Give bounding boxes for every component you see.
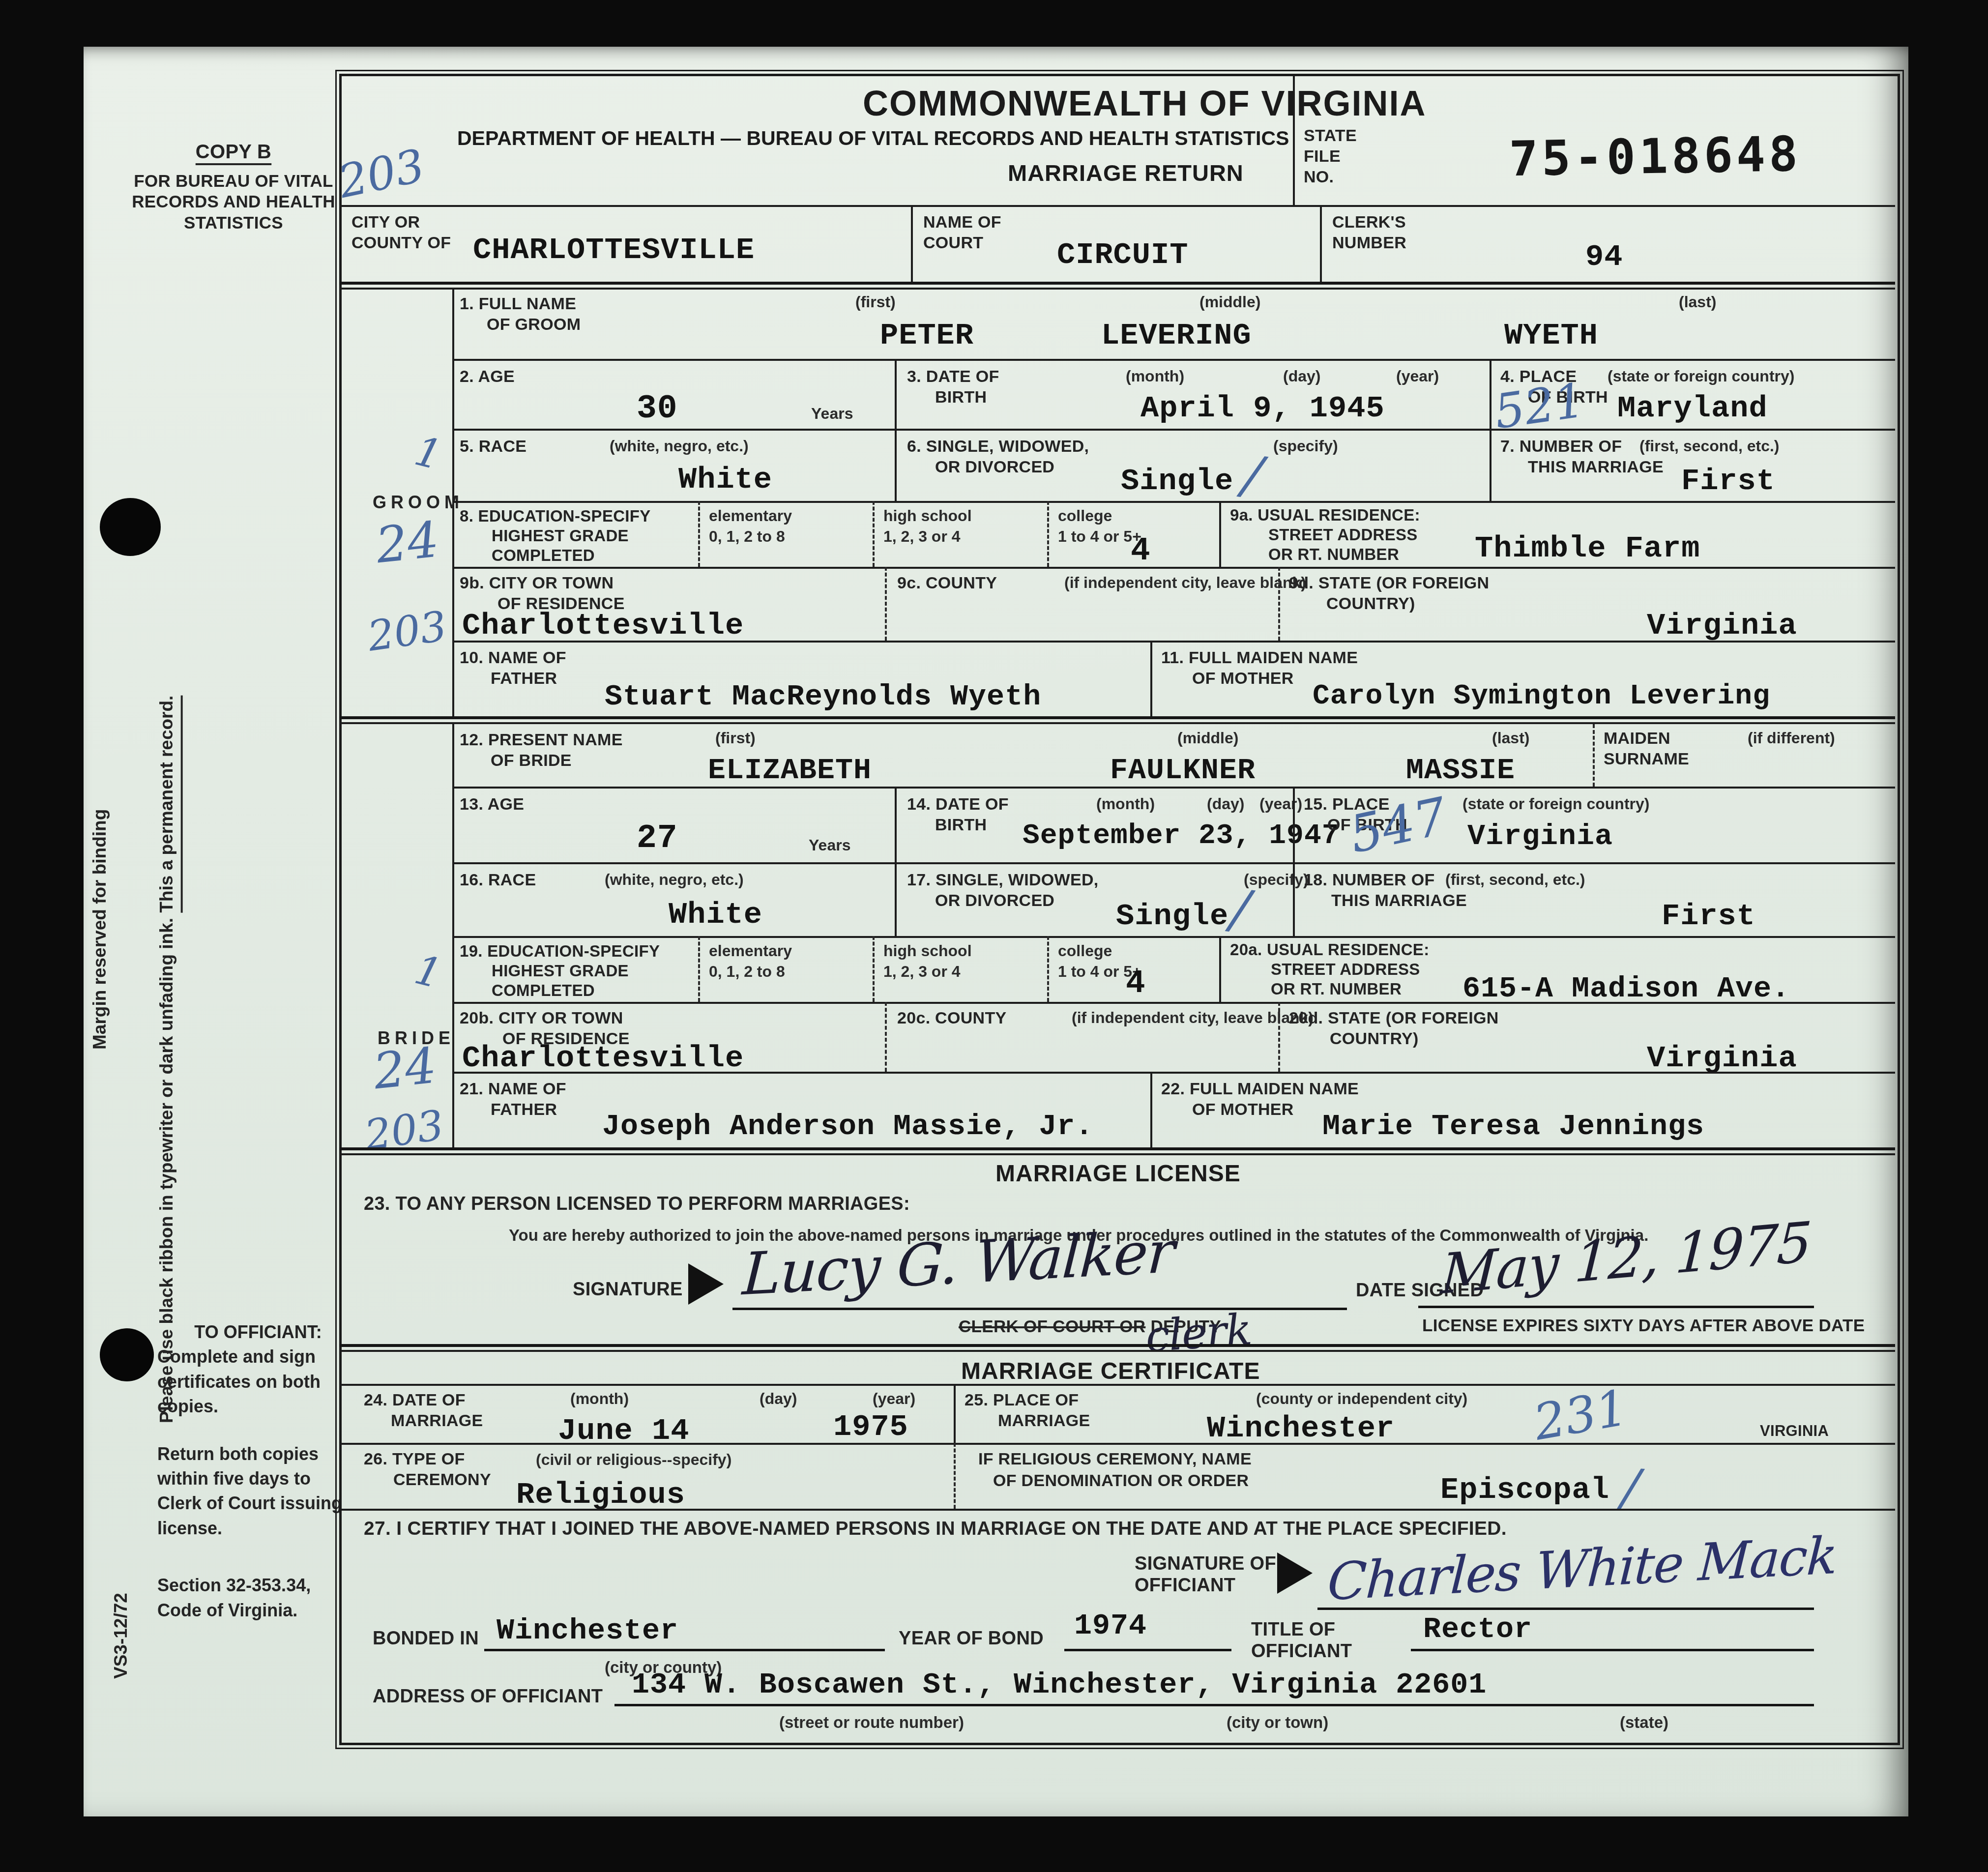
marriage-year-value: 1975 [833, 1412, 908, 1442]
groom-education-label: 8. EDUCATION-SPECIFY [460, 506, 651, 526]
grid-line [339, 1344, 1895, 1347]
grid-line [339, 1153, 1895, 1155]
middle-hint: (middle) [1199, 292, 1260, 311]
bride-rescounty-label: 20c. COUNTY [897, 1008, 1006, 1028]
education-col-highschool: 1, 2, 3 or 4 [883, 962, 961, 981]
bride-age-value: 27 [637, 822, 678, 855]
grid-line [1047, 501, 1049, 567]
bride-pob-value: Virginia [1467, 822, 1613, 851]
groom-father-label: FATHER [491, 669, 557, 689]
years-label: Years [811, 404, 853, 423]
license-item23: 23. TO ANY PERSON LICENSED TO PERFORM MA… [364, 1193, 910, 1215]
grid-line [452, 1072, 1895, 1074]
officiant-signature-label: SIGNATURE OF [1135, 1552, 1276, 1575]
city-county-label: CITY OR [351, 212, 420, 233]
marriageno-hint: (first, second, etc.) [1445, 870, 1585, 889]
groom-mother-label: OF MOTHER [1192, 669, 1294, 689]
court-value: CIRCUIT [1057, 240, 1188, 270]
education-col-college: college [1058, 506, 1112, 525]
title-of-officiant-label: OFFICIANT [1251, 1640, 1352, 1663]
groom-resstate-label: 9d. STATE (OR FOREIGN [1289, 573, 1489, 593]
ceremony-type-label: 26. TYPE OF [364, 1449, 465, 1469]
bride-residence-value: 615-A Madison Ave. [1462, 974, 1790, 1004]
marriage-place-label: 25. PLACE OF [965, 1390, 1079, 1410]
margin-binding-note: Margin reserved for binding [89, 705, 110, 1050]
bride-marriageno-label: 18. NUMBER OF [1304, 870, 1435, 890]
grid-line [954, 1443, 956, 1509]
officiant-note-p2: Return both copies within five days to C… [157, 1442, 359, 1541]
grid-line [339, 1350, 1895, 1352]
groom-middle-name: LEVERING [1101, 321, 1252, 351]
maiden-surname-label: MAIDEN [1604, 729, 1670, 749]
handwritten-mark-groom-24: 24 [373, 511, 441, 575]
officiant-arrow-icon [1277, 1552, 1313, 1594]
month-hint: (month) [570, 1389, 629, 1408]
bride-last-name: MASSIE [1406, 756, 1515, 786]
groom-resstate-label: COUNTRY) [1326, 594, 1415, 614]
education-col-elementary: elementary [709, 506, 792, 525]
last-hint: (last) [1492, 729, 1529, 747]
license-expires-note: LICENSE EXPIRES SIXTY DAYS AFTER ABOVE D… [1422, 1316, 1865, 1337]
address-hint-street: (street or route number) [779, 1713, 964, 1732]
bride-education-label: HIGHEST GRADE [492, 961, 629, 981]
grid-line [452, 862, 1895, 864]
certify-statement: 27. I CERTIFY THAT I JOINED THE ABOVE-NA… [364, 1517, 1507, 1541]
clerk-number-label: NUMBER [1332, 233, 1406, 253]
court-label: COURT [923, 233, 983, 253]
bride-education-label: COMPLETED [492, 981, 595, 1000]
grid-line [873, 936, 875, 1002]
state-file-label: STATE [1304, 126, 1357, 146]
education-col-elementary: 0, 1, 2 to 8 [709, 962, 785, 981]
grid-line [339, 1384, 1895, 1386]
groom-rescity-label: 9b. CITY OR TOWN [460, 573, 614, 593]
bride-residence-label: STREET ADDRESS [1271, 960, 1420, 979]
education-col-highschool: high school [883, 506, 972, 525]
bride-middle-name: FAULKNER [1110, 756, 1256, 786]
year-of-bond-value: 1974 [1074, 1611, 1147, 1641]
address-of-officiant-label: ADDRESS OF OFFICIANT [373, 1685, 603, 1708]
groom-name-label: 1. FULL NAME [460, 294, 576, 314]
marriage-date-label: 24. DATE OF [364, 1390, 466, 1410]
groom-first-name: PETER [880, 321, 974, 351]
clerk-number-label: CLERK'S [1332, 212, 1406, 233]
grid-line [339, 205, 1895, 207]
bonded-in-label: BONDED IN [373, 1627, 479, 1650]
race-hint: (white, negro, etc.) [605, 870, 744, 889]
month-hint: (month) [1126, 367, 1184, 385]
groom-race-label: 5. RACE [460, 437, 526, 457]
day-hint: (day) [760, 1389, 797, 1408]
groom-resstate-value: Virginia [1647, 611, 1797, 641]
bride-dob-label: BIRTH [935, 815, 987, 835]
grid-line [1047, 936, 1049, 1002]
signature-line [732, 1308, 1347, 1310]
groom-marriageno-value: First [1681, 466, 1775, 497]
grid-line [452, 429, 1895, 431]
bride-marriageno-value: First [1662, 901, 1755, 932]
bride-education-label: 19. EDUCATION-SPECIFY [460, 941, 660, 961]
bride-name-label: 12. PRESENT NAME [460, 730, 623, 750]
groom-rescounty-label: 9c. COUNTY [897, 573, 997, 593]
groom-race-value: White [678, 465, 772, 495]
grid-line [339, 1443, 1895, 1445]
maiden-hint: (if different) [1748, 729, 1835, 747]
specify-hint: (specify) [1273, 437, 1338, 455]
bride-residence-label: OR RT. NUMBER [1271, 979, 1402, 999]
bride-marital-value: Single [1116, 901, 1228, 932]
officiant-signature-label: OFFICIANT [1135, 1574, 1235, 1597]
grid-line [1293, 787, 1295, 862]
place-hint: (county or independent city) [1256, 1389, 1467, 1408]
grid-line [339, 716, 1895, 719]
bride-marital-label: OR DIVORCED [935, 891, 1054, 911]
specify-hint: (specify) [1244, 870, 1309, 889]
copy-for-line: FOR BUREAU OF VITAL [118, 171, 349, 192]
grid-line [873, 501, 875, 567]
grid-line [339, 282, 1895, 285]
grid-line [895, 787, 897, 862]
certificate-title: MARRIAGE CERTIFICATE [961, 1358, 1260, 1385]
grid-line [911, 205, 913, 283]
bride-rescity-label: 20b. CITY OR TOWN [460, 1008, 623, 1028]
rescounty-hint: (if independent city, leave blank) [1064, 573, 1306, 592]
year-of-bond-label: YEAR OF BOND [899, 1627, 1044, 1650]
groom-pob-value: Maryland [1617, 393, 1768, 424]
groom-dob-label: 3. DATE OF [907, 367, 999, 387]
groom-residence-value: Thimble Farm [1475, 533, 1700, 564]
groom-residence-label: 9a. USUAL RESIDENCE: [1230, 505, 1420, 525]
city-county-value: CHARLOTTESVILLE [473, 235, 755, 265]
address-of-officiant-value: 134 W. Boscawen St., Winchester, Virgini… [632, 1670, 1487, 1700]
groom-age-label: 2. AGE [460, 367, 515, 387]
grid-line [452, 1002, 1895, 1004]
groom-marriageno-label: THIS MARRIAGE [1528, 457, 1664, 477]
grid-line [452, 641, 1895, 643]
grid-line [452, 359, 1895, 361]
form-title: MARRIAGE RETURN [1008, 159, 1244, 186]
grid-line [954, 1384, 956, 1443]
first-hint: (first) [715, 729, 756, 747]
address-hint-city: (city or town) [1227, 1713, 1328, 1732]
commonwealth-title: COMMONWEALTH OF VIRGINIA [863, 84, 1427, 124]
education-col-college: college [1058, 941, 1112, 960]
bride-rescity-value: Charlottesville [462, 1043, 744, 1074]
bride-first-name: ELIZABETH [708, 756, 872, 786]
grid-line [1278, 567, 1280, 641]
state-file-number: 75-018648 [1509, 126, 1802, 187]
groom-last-name: WYETH [1504, 321, 1598, 351]
marriage-date-value: June 14 [558, 1416, 689, 1446]
signature-label: SIGNATURE [573, 1278, 683, 1301]
bride-race-label: 16. RACE [460, 870, 536, 890]
clerk-of-court-struck: CLERK OF COURT OR [959, 1317, 1145, 1336]
rescounty-hint: (if independent city, leave blank) [1072, 1008, 1314, 1027]
grid-line [1219, 501, 1221, 567]
groom-education-value: 4 [1131, 535, 1151, 567]
middle-hint: (middle) [1177, 729, 1238, 747]
education-col-highschool: 1, 2, 3 or 4 [883, 527, 961, 546]
education-col-highschool: high school [883, 941, 972, 960]
state-file-label: NO. [1304, 167, 1334, 187]
title-of-officiant-value: Rector [1423, 1615, 1532, 1644]
pob-hint: (state or foreign country) [1608, 367, 1794, 385]
groom-rescity-value: Charlottesville [462, 611, 744, 641]
grid-line [339, 1509, 1895, 1511]
grid-line [452, 501, 1895, 503]
bride-dob-label: 14. DATE OF [907, 794, 1009, 815]
bride-race-value: White [669, 900, 762, 930]
punch-hole [100, 1328, 154, 1381]
bride-resstate-label: COUNTRY) [1330, 1029, 1419, 1049]
court-label: NAME OF [923, 212, 1001, 233]
race-hint: (white, negro, etc.) [610, 437, 749, 455]
groom-marital-value: Single [1121, 466, 1233, 497]
groom-residence-label: STREET ADDRESS [1268, 525, 1418, 545]
month-hint: (month) [1096, 794, 1155, 813]
signature-line [484, 1649, 885, 1651]
groom-age-value: 30 [637, 392, 678, 426]
grid-line [1320, 205, 1322, 283]
bride-age-label: 13. AGE [460, 794, 524, 815]
groom-marriageno-label: 7. NUMBER OF [1500, 437, 1622, 457]
bride-residence-label: 20a. USUAL RESIDENCE: [1230, 940, 1429, 960]
groom-education-label: HIGHEST GRADE [492, 526, 629, 546]
bride-mother-label: OF MOTHER [1192, 1100, 1294, 1120]
groom-residence-label: OR RT. NUMBER [1268, 545, 1399, 564]
maiden-surname-label: SURNAME [1604, 749, 1689, 769]
grid-line [1150, 1072, 1152, 1147]
bride-mother-label: 22. FULL MAIDEN NAME [1161, 1079, 1359, 1099]
clerk-number-value: 94 [1585, 242, 1623, 272]
bride-marriageno-label: THIS MARRIAGE [1331, 891, 1467, 911]
day-hint: (day) [1283, 367, 1320, 385]
groom-marital-label: OR DIVORCED [935, 457, 1054, 477]
groom-mother-value: Carolyn Symington Levering [1313, 682, 1770, 711]
grid-line [1278, 1002, 1280, 1072]
grid-line [698, 501, 700, 567]
department-title: DEPARTMENT OF HEALTH — BUREAU OF VITAL R… [457, 127, 1289, 150]
city-county-label: COUNTY OF [351, 233, 451, 253]
groom-dob-label: BIRTH [935, 387, 987, 408]
grid-line [698, 936, 700, 1002]
bride-father-value: Joseph Anderson Massie, Jr. [602, 1112, 1093, 1141]
denomination-label: IF RELIGIOUS CEREMONY, NAME [978, 1449, 1252, 1469]
grid-line [339, 1147, 1895, 1150]
grid-line [452, 936, 1895, 938]
ceremony-hint: (civil or religious--specify) [536, 1450, 731, 1469]
copy-designation: COPY B FOR BUREAU OF VITAL RECORDS AND H… [118, 140, 349, 234]
groom-dob-value: April 9, 1945 [1140, 393, 1385, 424]
year-hint: (year) [1396, 367, 1439, 385]
copy-for-line: RECORDS AND HEALTH [118, 192, 349, 213]
handwritten-mark-bride-24: 24 [371, 1037, 439, 1101]
signature-line [1064, 1649, 1231, 1651]
education-col-elementary: 0, 1, 2 to 8 [709, 527, 785, 546]
bride-resstate-value: Virginia [1647, 1043, 1797, 1074]
grid-line [1490, 429, 1491, 501]
officiant-note-p1: Complete and sign certificates on both c… [157, 1345, 359, 1419]
bride-dob-value: September 23, 1947 [1023, 822, 1340, 850]
grid-line [885, 1002, 887, 1072]
bride-education-value: 4 [1126, 967, 1146, 1000]
groom-father-value: Stuart MacReynolds Wyeth [605, 682, 1041, 712]
groom-education-label: COMPLETED [492, 546, 595, 565]
officiant-note: TO OFFICIANT: Complete and sign certific… [157, 1320, 359, 1623]
state-file-label: FILE [1304, 146, 1341, 167]
signature-line [614, 1704, 1814, 1706]
groom-section-label: GROOM [373, 492, 464, 513]
margin-ink-note: Please use black ribbon in typewriter or… [156, 312, 177, 1423]
signature-arrow-icon [688, 1263, 724, 1305]
signature-line [1317, 1608, 1814, 1610]
bride-mother-value: Marie Teresa Jennings [1322, 1112, 1704, 1141]
bride-resstate-label: 20d. STATE (OR FOREIGN [1289, 1008, 1499, 1028]
education-col-college: 1 to 4 or 5+ [1058, 527, 1141, 546]
grid-line [895, 429, 897, 501]
title-of-officiant-label: TITLE OF [1251, 1618, 1335, 1641]
grid-line [1219, 936, 1221, 1002]
officiant-note-p3: Section 32-353.34, Code of Virginia. [157, 1573, 359, 1623]
denomination-label: OF DENOMINATION OR ORDER [993, 1471, 1249, 1491]
grid-line [339, 722, 1895, 724]
marriageno-hint: (first, second, etc.) [1639, 437, 1780, 455]
grid-line [452, 787, 1895, 789]
year-hint: (year) [873, 1389, 915, 1408]
virginia-label: VIRGINIA [1760, 1422, 1829, 1440]
bride-name-label: OF BRIDE [491, 751, 572, 771]
marriage-date-label: MARRIAGE [391, 1411, 483, 1431]
grid-line [1293, 76, 1295, 205]
address-hint-state: (state) [1620, 1713, 1668, 1732]
signature-line [1418, 1306, 1814, 1308]
day-hint: (day) [1207, 794, 1244, 813]
grid-line [1593, 724, 1595, 787]
license-title: MARRIAGE LICENSE [995, 1160, 1241, 1187]
bonded-in-value: Winchester [497, 1616, 678, 1646]
grid-line [452, 567, 1895, 569]
year-hint: (year) [1259, 794, 1302, 813]
last-hint: (last) [1679, 292, 1716, 311]
bride-father-label: FATHER [491, 1100, 557, 1120]
grid-line [1150, 641, 1152, 716]
grid-line [885, 567, 887, 641]
marriage-place-value: Winchester [1207, 1413, 1395, 1444]
ceremony-type-label: CEREMONY [393, 1470, 491, 1490]
grid-line [339, 288, 1895, 290]
groom-mother-label: 11. FULL MAIDEN NAME [1161, 648, 1358, 668]
copy-label: COPY B [196, 140, 271, 164]
signature-line [1411, 1649, 1814, 1651]
first-hint: (first) [855, 292, 896, 311]
punch-hole [100, 498, 161, 556]
scanned-document: COPY B FOR BUREAU OF VITAL RECORDS AND H… [0, 0, 1988, 1872]
education-col-elementary: elementary [709, 941, 792, 960]
ceremony-type-value: Religious [516, 1480, 685, 1510]
groom-father-label: 10. NAME OF [460, 648, 566, 668]
grid-line [895, 862, 897, 936]
form-code: VS3-12/72 [111, 1472, 131, 1679]
copy-for-line: STATISTICS [118, 213, 349, 234]
pob-hint: (state or foreign country) [1462, 794, 1649, 813]
bride-father-label: 21. NAME OF [460, 1079, 566, 1099]
years-label: Years [809, 836, 850, 854]
groom-name-label: OF GROOM [487, 315, 581, 335]
officiant-note-title: TO OFFICIANT: [157, 1320, 359, 1345]
groom-marital-label: 6. SINGLE, WIDOWED, [907, 437, 1089, 457]
denomination-value: Episcopal [1440, 1475, 1609, 1505]
handwritten-clerk-word: clerk [1144, 1304, 1253, 1362]
grid-line [1293, 862, 1295, 936]
marriage-place-label: MARRIAGE [998, 1411, 1090, 1431]
bride-marital-label: 17. SINGLE, WIDOWED, [907, 870, 1098, 890]
margin-ink-note-b: This a permanent record. [156, 696, 176, 913]
